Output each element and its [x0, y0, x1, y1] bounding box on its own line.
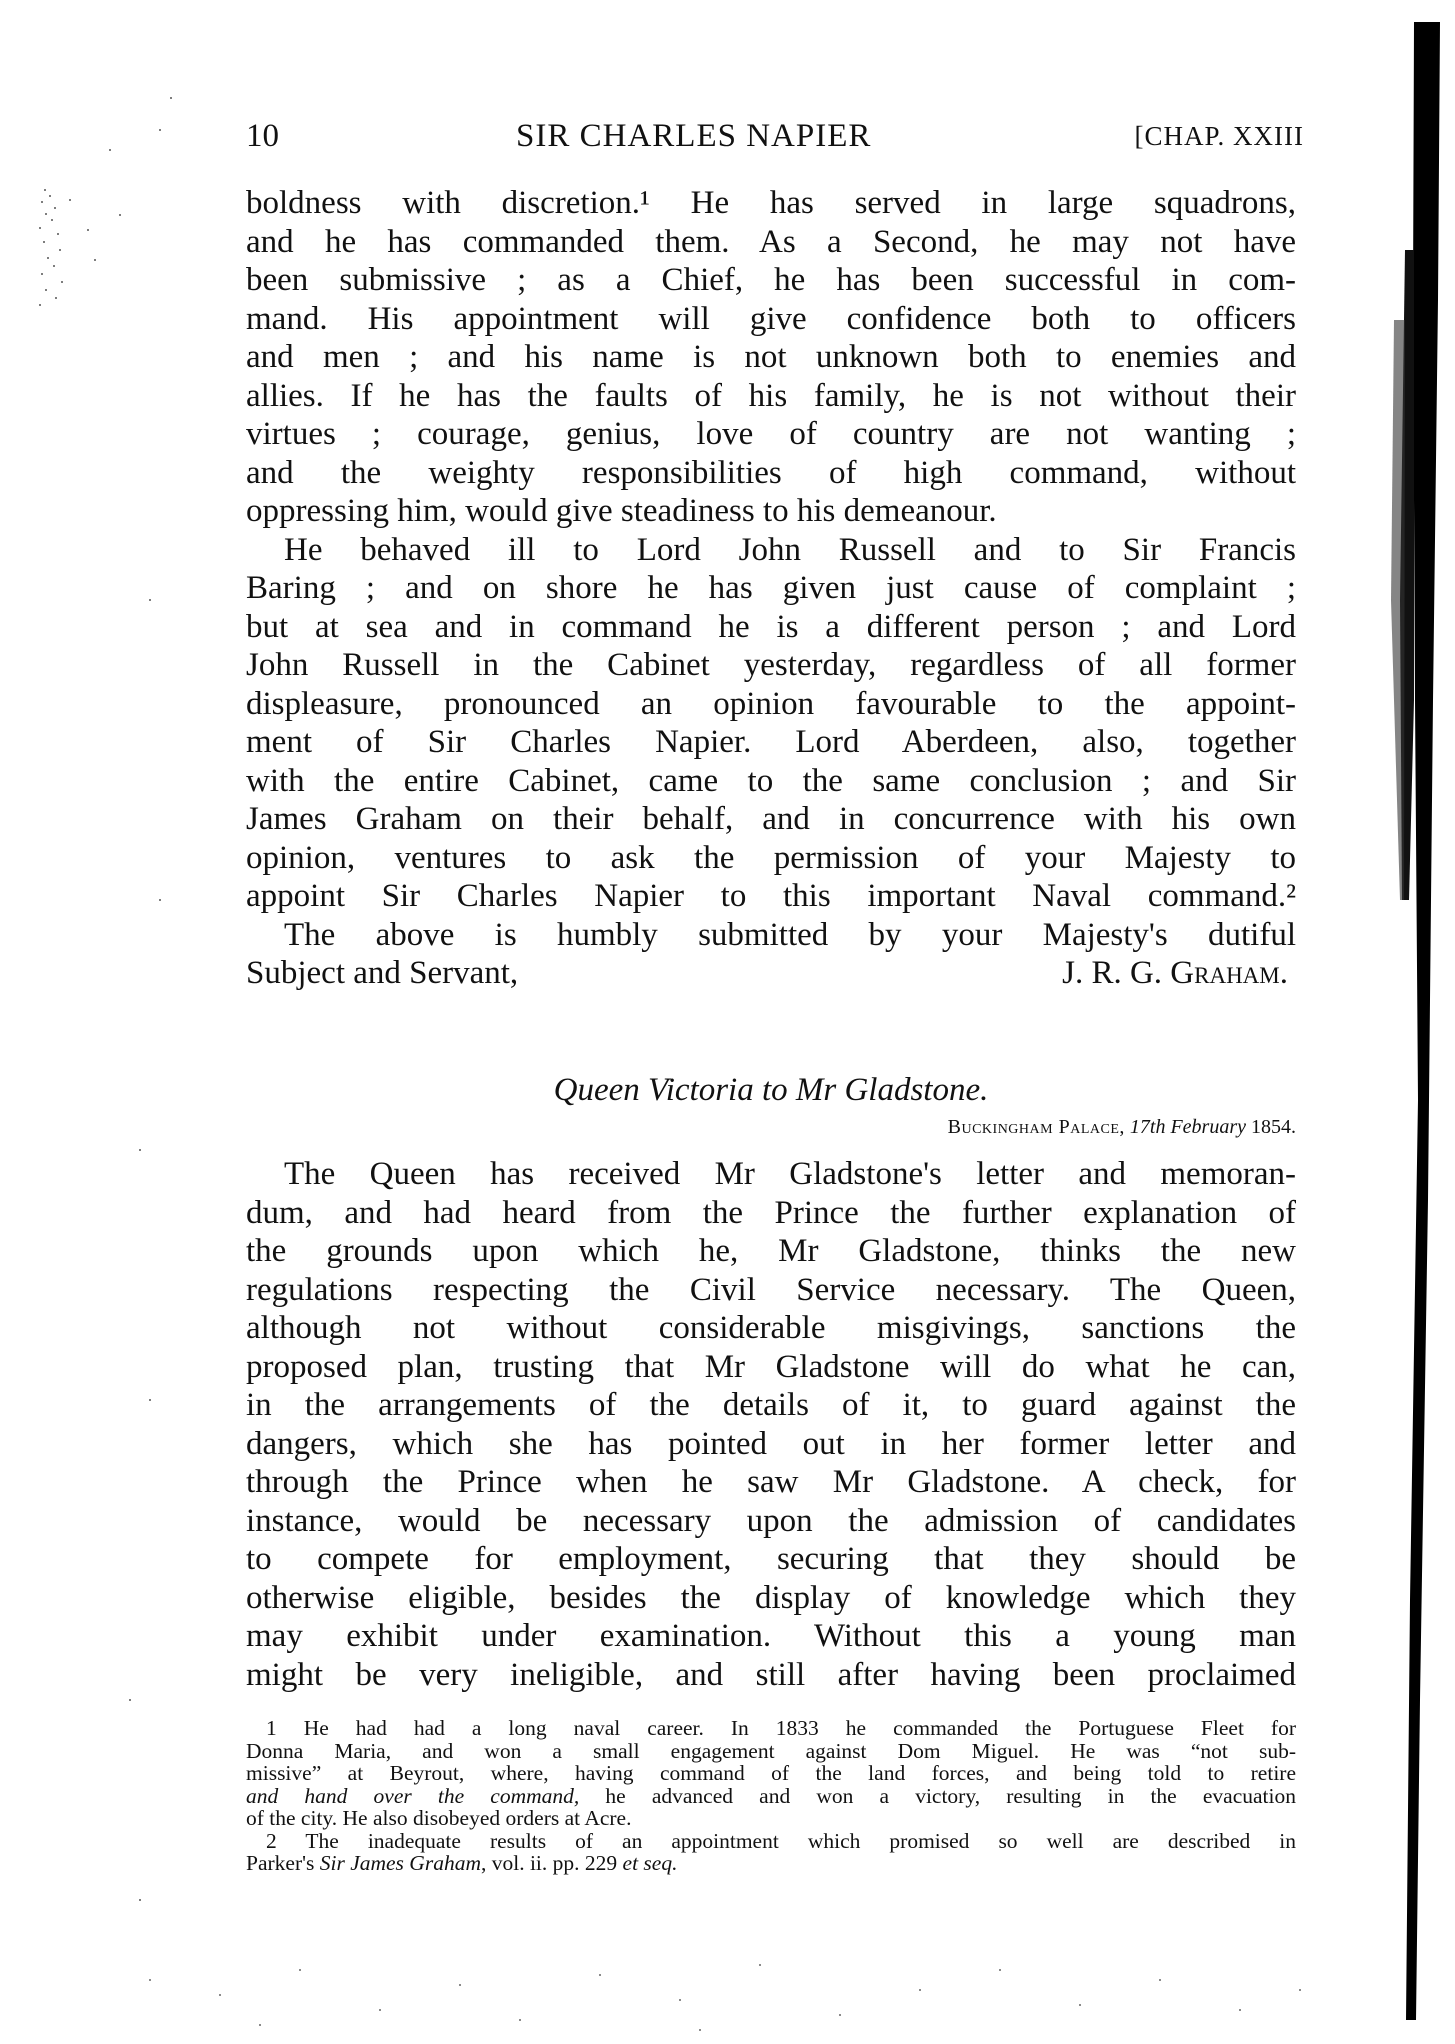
footnote-1-line: missive” at Beyrout, where, having comma…	[246, 1762, 1296, 1785]
text-line: although not without considerable misgiv…	[246, 1309, 1296, 1348]
text-line: oppressing him, would give steadiness to…	[246, 492, 1296, 531]
page-number: 10	[246, 116, 279, 156]
footnote-text: Parker's	[246, 1851, 320, 1875]
text-line: ment of Sir Charles Napier. Lord Aberdee…	[246, 723, 1296, 762]
text-line: in the arrangements of the details of it…	[246, 1386, 1296, 1425]
footnotes: 1 He had had a long naval career. In 183…	[246, 1717, 1296, 1875]
text-line: opinion, ventures to ask the permission …	[246, 839, 1296, 878]
text-line: through the Prince when he saw Mr Gladst…	[246, 1463, 1296, 1502]
text-line: otherwise eligible, besides the display …	[246, 1579, 1296, 1618]
footnote-2-line: Parker's Sir James Graham, vol. ii. pp. …	[246, 1852, 1296, 1875]
text-line: may exhibit under examination. Without t…	[246, 1617, 1296, 1656]
cited-work-title: Sir James Graham	[320, 1851, 481, 1875]
text-line: dum, and had heard from the Prince the f…	[246, 1194, 1296, 1233]
letter-queen-body: The Queen has received Mr Gladstone's le…	[246, 1155, 1296, 1694]
text-line: allies. If he has the faults of his fami…	[246, 377, 1296, 416]
running-title: SIR CHARLES NAPIER	[516, 116, 871, 156]
et-seq: et seq.	[623, 1851, 678, 1875]
text-line: appoint Sir Charles Napier to this impor…	[246, 877, 1296, 916]
text-line: the grounds upon which he, Mr Gladstone,…	[246, 1232, 1296, 1271]
text-line: and men ; and his name is not unknown bo…	[246, 338, 1296, 377]
footnote-1-line: 1 He had had a long naval career. In 183…	[246, 1717, 1296, 1740]
scan-speckle-bottom	[0, 1940, 1455, 2044]
footnote-italic-phrase: and hand over the command,	[246, 1784, 579, 1808]
dateline-year: 1854.	[1251, 1116, 1296, 1138]
paragraph-start: He behaved ill to Lord John Russell and …	[246, 531, 1296, 570]
text-line: mand. His appointment will give confiden…	[246, 300, 1296, 339]
closing-line: Subject and Servant, J. R. G. Graham.	[246, 954, 1296, 993]
book-page: 10 SIR CHARLES NAPIER [CHAP. XXIII boldn…	[0, 0, 1455, 2044]
text-line: to compete for employment, securing that…	[246, 1540, 1296, 1579]
binding-shadow	[1360, 0, 1455, 2044]
closing-salutation: Subject and Servant,	[246, 954, 518, 993]
paragraph-start: The Queen has received Mr Gladstone's le…	[246, 1155, 1296, 1194]
text-line: Baring ; and on shore he has given just …	[246, 569, 1296, 608]
text-line: boldness with discretion.¹ He has served…	[246, 184, 1296, 223]
chapter-label: [CHAP. XXIII	[1135, 116, 1305, 156]
text-line: James Graham on their behalf, and in con…	[246, 800, 1296, 839]
letter-graham-body: boldness with discretion.¹ He has served…	[246, 184, 1296, 993]
paragraph-start: The above is humbly submitted by your Ma…	[246, 916, 1296, 955]
footnote-1-line: Donna Maria, and won a small engagement …	[246, 1740, 1296, 1763]
dateline: Buckingham Palace, 17th February 1854.	[948, 1112, 1296, 1142]
text-line: might be very ineligible, and still afte…	[246, 1656, 1296, 1695]
text-line: instance, would be necessary upon the ad…	[246, 1502, 1296, 1541]
text-line: been submissive ; as a Chief, he has bee…	[246, 261, 1296, 300]
text-line: regulations respecting the Civil Service…	[246, 1271, 1296, 1310]
signature: J. R. G. Graham.	[1062, 954, 1288, 993]
text-line: displeasure, pronounced an opinion favou…	[246, 685, 1296, 724]
footnote-2-line: 2 The inadequate results of an appointme…	[246, 1830, 1296, 1853]
footnote-text: he advanced and won a victory, resulting…	[579, 1784, 1296, 1808]
scan-speckle-left	[0, 0, 250, 2044]
dateline-place: Buckingham Palace,	[948, 1116, 1125, 1138]
text-line: proposed plan, trusting that Mr Gladston…	[246, 1348, 1296, 1387]
footnote-text: , vol. ii. pp. 229	[481, 1851, 623, 1875]
dateline-month: February	[1170, 1116, 1246, 1138]
text-line: John Russell in the Cabinet yesterday, r…	[246, 646, 1296, 685]
footnote-1-line: and hand over the command, he advanced a…	[246, 1785, 1296, 1808]
dateline-day: 17th	[1130, 1116, 1166, 1138]
text-line: virtues ; courage, genius, love of count…	[246, 415, 1296, 454]
text-line: and the weighty responsibilities of high…	[246, 454, 1296, 493]
footnote-1-line: of the city. He also disobeyed orders at…	[246, 1807, 1296, 1830]
text-line: but at sea and in command he is a differ…	[246, 608, 1296, 647]
letter-heading: Queen Victoria to Mr Gladstone.	[246, 1070, 1296, 1110]
text-line: dangers, which she has pointed out in he…	[246, 1425, 1296, 1464]
text-line: and he has commanded them. As a Second, …	[246, 223, 1296, 262]
running-head: 10 SIR CHARLES NAPIER [CHAP. XXIII	[246, 116, 1304, 156]
text-line: with the entire Cabinet, came to the sam…	[246, 762, 1296, 801]
